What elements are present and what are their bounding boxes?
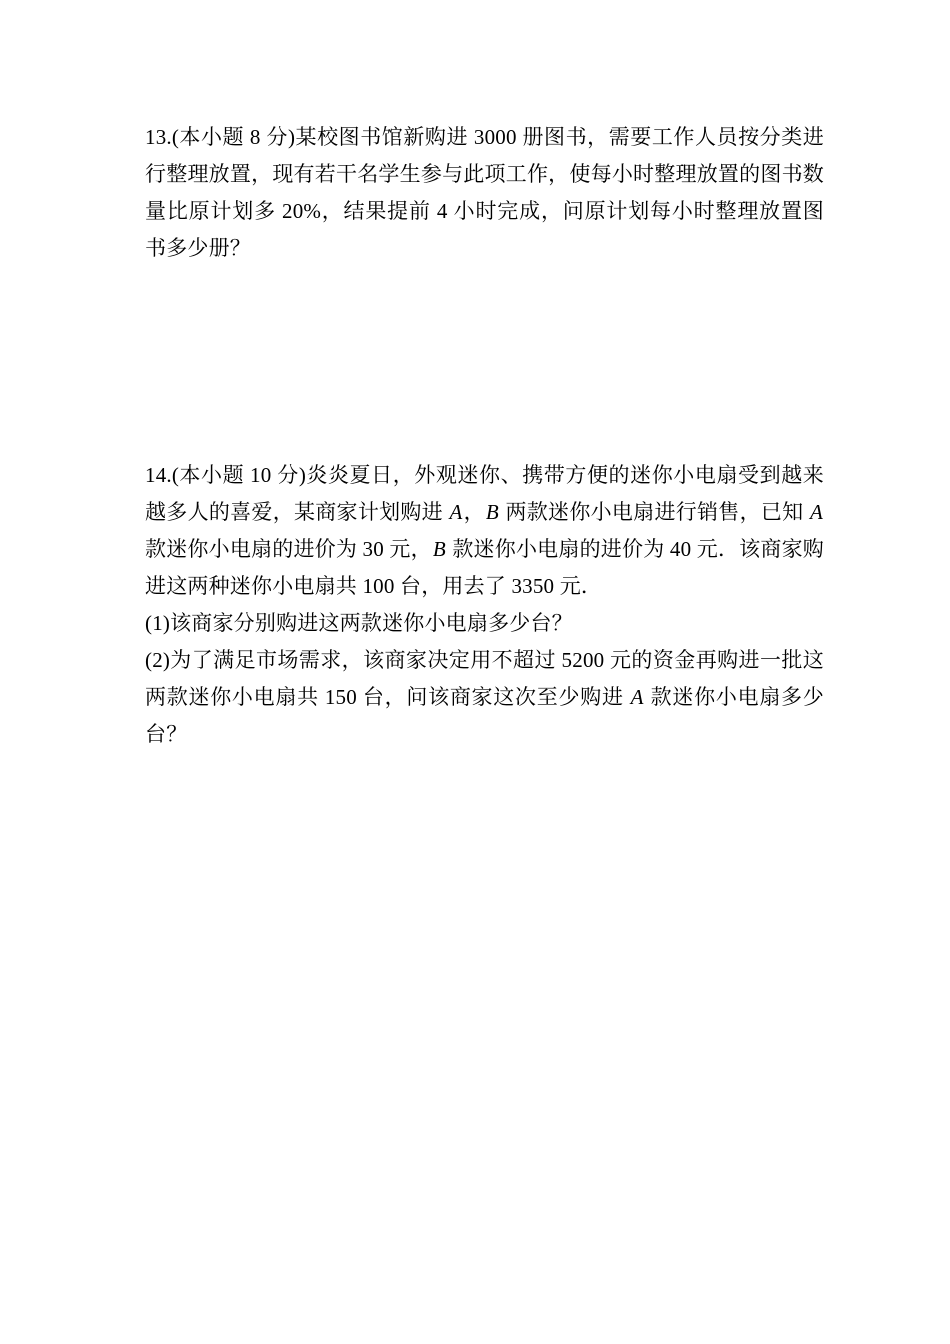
q14-intro-segment-2: ， — [464, 500, 485, 524]
q14-intro-segment-3: 两款迷你小电扇进行销售，已知 — [500, 500, 809, 524]
question-14-part1: (1)该商家分别购进这两款迷你小电扇多少台？ — [145, 605, 824, 642]
question-13-text: 13.(本小题 8 分)某校图书馆新购进 3000 册图书，需要工作人员按分类进… — [145, 119, 824, 267]
q14-variable-a: A — [809, 500, 824, 524]
question-13: 13.(本小题 8 分)某校图书馆新购进 3000 册图书，需要工作人员按分类进… — [145, 119, 824, 267]
question-14-part2: (2)为了满足市场需求，该商家决定用不超过 5200 元的资金再购进一批这两款迷… — [145, 642, 824, 753]
q14-variable-b: B — [432, 537, 447, 561]
q14-variable-a: A — [449, 500, 464, 524]
q14-variable-b: B — [485, 500, 500, 524]
question-14: 14.(本小题 10 分)炎炎夏日，外观迷你、携带方便的迷你小电扇受到越来越多人… — [145, 457, 824, 753]
question-14-intro: 14.(本小题 10 分)炎炎夏日，外观迷你、携带方便的迷你小电扇受到越来越多人… — [145, 457, 824, 605]
q14-intro-segment-4: 款迷你小电扇的进价为 30 元， — [145, 537, 432, 561]
worksheet-page: 13.(本小题 8 分)某校图书馆新购进 3000 册图书，需要工作人员按分类进… — [0, 0, 950, 1344]
q14-variable-a: A — [630, 685, 645, 709]
